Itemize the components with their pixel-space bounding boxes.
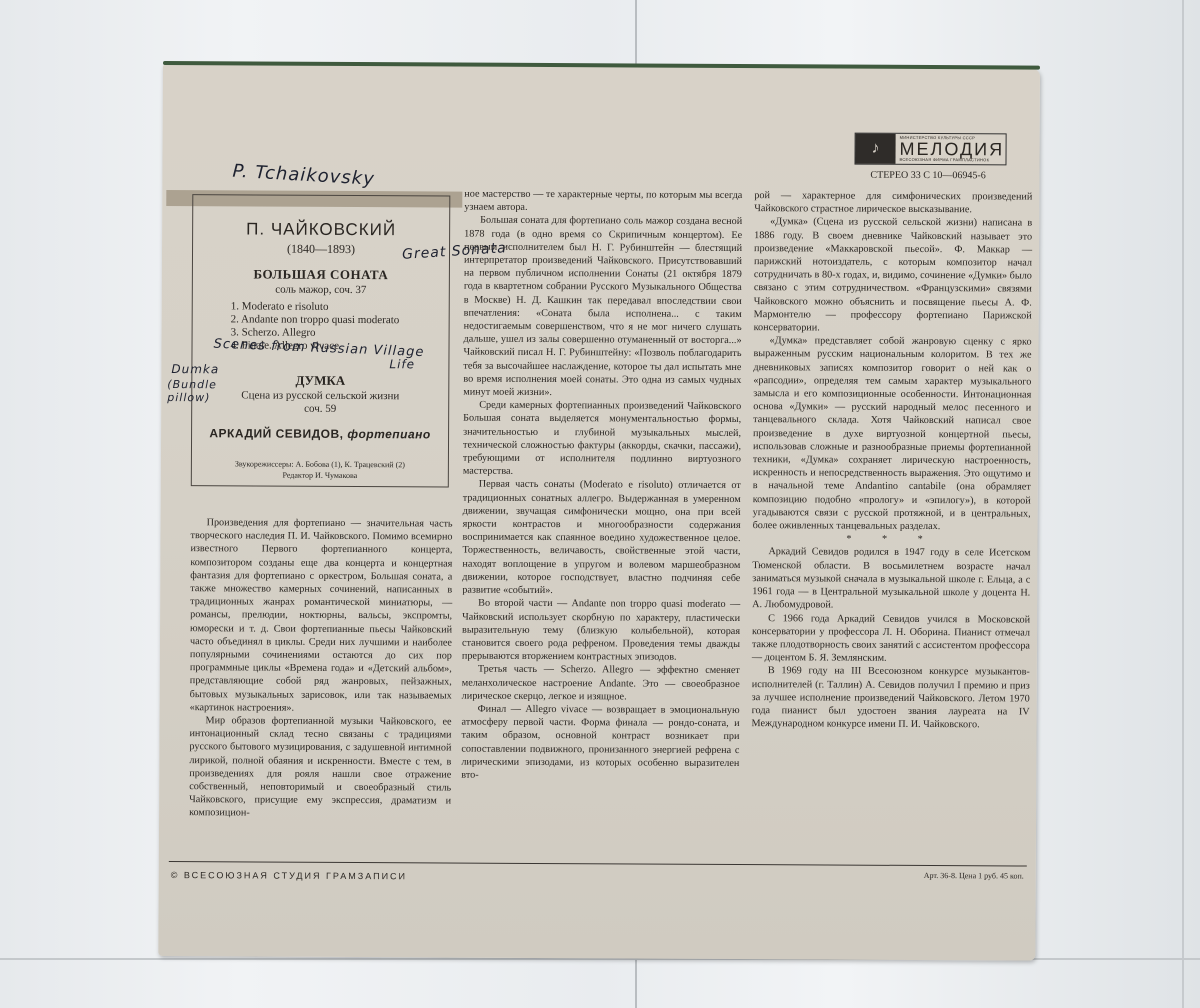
paragraph: Третья часть — Scherzo. Allegro — эффект… [462,663,740,704]
performer-instrument: фортепиано [347,427,430,441]
catalog-number: СТЕРЕО 33 С 10—06945-6 [870,170,985,182]
paragraph: Во второй части — Andante non troppo qua… [462,597,740,664]
handwritten-composer-note: P. Tchaikovsky [232,161,375,190]
handwritten-bracket-note: (Bundle pillow) [167,378,207,404]
liner-notes-column-right: рой — характерное для симфонических прои… [752,189,1033,732]
dumka-title: ДУМКА [192,372,448,389]
melodiya-logo: ♪ МИНИСТЕРСТВО КУЛЬТУРЫ СССР МЕЛОДИЯ ВСЕ… [854,133,1006,166]
handwritten-life-note: Life [389,357,415,371]
melodiya-emblem-icon: ♪ [855,134,895,164]
work-title: БОЛЬШАЯ СОНАТА [193,266,449,283]
dumka-subtitle: Сцена из русской сельской жизни [192,389,448,402]
paragraph: «Думка» представляет собой жанровую сцен… [753,334,1032,533]
paragraph: «Думка» (Сцена из русской сельской жизни… [754,216,1033,336]
wall-tile-seam [1182,0,1184,1008]
work-key: соль мажор, соч. 37 [193,283,449,296]
dumka-opus: соч. 59 [192,402,448,415]
firm-text: ВСЕСОЮЗНАЯ ФИРМА ГРАМПЛАСТИНОК [899,158,1005,163]
bio-paragraph: Аркадий Севидов родился в 1947 году в се… [752,546,1030,613]
handwritten-dumka-note: Dumka [171,362,219,376]
paragraph: ное мастерство — те характерные черты, п… [464,188,742,216]
paragraph: Мир образов фортепианной музыки Чайковск… [189,714,452,821]
bio-paragraph: С 1966 года Аркадий Севидов учился в Мос… [752,612,1030,666]
movement-item: 2. Andante non troppo quasi moderato [231,313,449,327]
liner-notes-column-left: Произведения для фортепиано — значительн… [189,516,453,821]
record-sleeve-back: P. Tchaikovsky П. ЧАЙКОВСКИЙ (1840—1893)… [158,64,1040,961]
brand-name: МЕЛОДИЯ [900,140,1006,159]
movement-item: 1. Moderato e risoluto [231,300,449,314]
performer-name: АРКАДИЙ СЕВИДОВ, [209,426,343,441]
copyright-notice: © ВСЕСОЮЗНАЯ СТУДИЯ ГРАМЗАПИСИ [171,870,407,881]
paragraph: Первая часть сонаты (Moderato e risoluto… [462,478,741,598]
paragraph: Финал — Allegro vivace — возвращает в эм… [461,702,739,783]
performer: АРКАДИЙ СЕВИДОВ, фортепиано [192,426,448,441]
paragraph: Произведения для фортепиано — значительн… [190,516,453,715]
credits: Звукорежиссеры: А. Бобова (1), К. Трацев… [192,458,448,481]
price-label: Арт. 36-8. Цена 1 руб. 45 коп. [924,871,1024,881]
composer-name: П. ЧАЙКОВСКИЙ [193,219,449,240]
paragraph: Среди камерных фортепианных произведений… [463,399,741,480]
footer-divider [169,861,1027,866]
editor: Редактор И. Чумакова [192,469,448,481]
bio-paragraph: В 1969 году на III Всесоюзном конкурсе м… [752,664,1030,731]
liner-notes-column-middle: ное мастерство — те характерные черты, п… [461,188,742,784]
paragraph: Большая соната для фортепиано соль мажор… [463,214,742,400]
paragraph: рой — характерное для симфонических прои… [754,189,1032,217]
